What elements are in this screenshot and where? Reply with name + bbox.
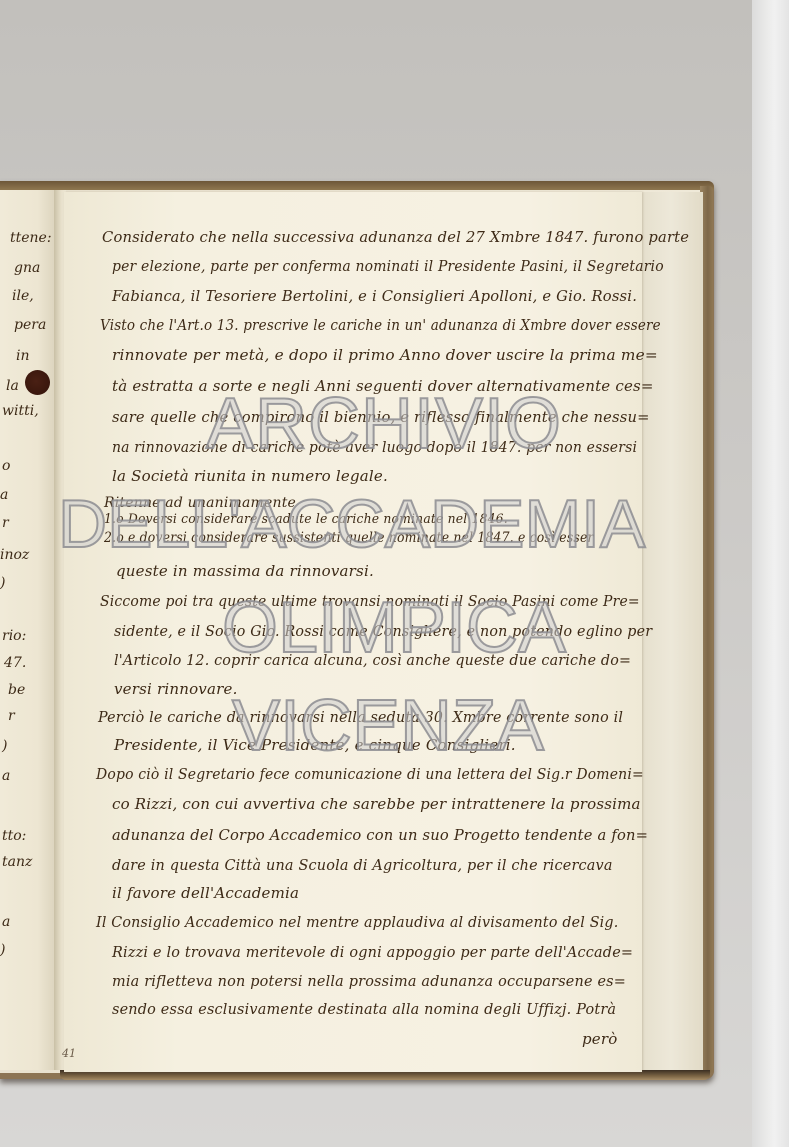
manuscript-line: 2.o e doversi considerare sussistenti qu…	[104, 530, 594, 546]
left-page-fragment: rio:	[2, 628, 26, 644]
left-page-fragment: )	[0, 942, 5, 958]
left-page-fragment: a	[2, 914, 10, 930]
left-page-fragment: la	[6, 378, 19, 394]
left-page-fragment: o	[2, 458, 10, 474]
manuscript-line: co Rizzi, con cui avvertiva che sarebbe …	[112, 795, 641, 813]
left-page-fragment: gna	[14, 260, 40, 276]
manuscript-line: Perciò le cariche da rinnovarsi nella se…	[98, 708, 623, 726]
manuscript-line: Presidente, il Vice Presidente, e cinque…	[114, 736, 516, 754]
manuscript-line: sidente, e il Socio Gio. Rossi come Cons…	[114, 622, 652, 640]
manuscript-line: 1.o Doversi considerare scadute le caric…	[104, 512, 508, 527]
manuscript-line: queste in massima da rinnovarsi.	[116, 562, 374, 580]
manuscript-line: Dopo ciò il Segretario fece comunicazion…	[96, 765, 644, 783]
folio-number: 41	[62, 1047, 76, 1060]
manuscript-line: Il Consiglio Accademico nel mentre appla…	[96, 913, 618, 931]
scanner-background-right	[752, 0, 789, 1147]
left-page: ttene: gna ile, pera in la witti, o a r …	[0, 190, 54, 1070]
left-page-fragment: witti,	[2, 403, 39, 419]
manuscript-line: versi rinnovare.	[114, 680, 238, 698]
manuscript-line: dare in questa Città una Scuola di Agric…	[112, 856, 613, 874]
manuscript-line: rinnovate per metà, e dopo il primo Anno…	[112, 346, 658, 364]
manuscript-line: sendo essa esclusivamente destinata alla…	[112, 1000, 616, 1018]
left-page-fragment: a	[0, 487, 8, 503]
left-page-fragment: ile,	[12, 288, 34, 304]
manuscript-line: na rinnovazione di cariche potè aver luo…	[112, 438, 637, 456]
left-page-fragment: pera	[14, 317, 46, 333]
manuscript-line: per elezione, parte per conferma nominat…	[112, 257, 664, 275]
manuscript-line: Siccome poi tra queste ultime trovansi n…	[100, 592, 640, 610]
left-page-fragment: inoz	[0, 547, 29, 563]
catchword: però	[582, 1030, 617, 1048]
manuscript-line: Considerato che nella successiva adunanz…	[102, 228, 689, 246]
manuscript-line: mia rifletteva non potersi nella prossim…	[112, 972, 626, 990]
manuscript-line: sare quelle che compirono il biennio, e …	[112, 408, 650, 426]
left-page-fragment: 47.	[4, 655, 26, 671]
left-page-fragment: a	[2, 768, 10, 784]
left-page-fragment: tto:	[2, 828, 26, 844]
left-page-fragment: be	[8, 682, 25, 698]
left-page-fragment: in	[16, 348, 30, 364]
book-top-edge	[0, 181, 714, 190]
manuscript-line: l'Articolo 12. coprir carica alcuna, cos…	[114, 651, 631, 669]
manuscript-line: Fabianca, il Tesoriere Bertolini, e i Co…	[112, 287, 637, 305]
wax-seal-stain	[25, 370, 50, 395]
left-page-fragment: tanz	[2, 854, 32, 870]
left-page-fragment: ttene:	[10, 230, 52, 246]
left-page-fragment: r	[2, 515, 9, 531]
left-page-fragment: r	[8, 708, 15, 724]
manuscript-line: Ritenne ad unanimamente	[104, 495, 296, 511]
manuscript-line: Visto che l'Art.o 13. prescrive le caric…	[100, 316, 661, 334]
manuscript-line: la Società riunita in numero legale.	[112, 467, 388, 485]
left-page-fragment: )	[2, 738, 7, 754]
manuscript-line: tà estratta a sorte e negli Anni seguent…	[112, 377, 654, 395]
manuscript-line: adunanza del Corpo Accademico con un suo…	[112, 826, 648, 844]
manuscript-line: Rizzi e lo trovava meritevole di ogni ap…	[112, 943, 633, 961]
left-page-fragment: )	[0, 575, 5, 591]
manuscript-line: il favore dell'Accademia	[112, 884, 299, 902]
